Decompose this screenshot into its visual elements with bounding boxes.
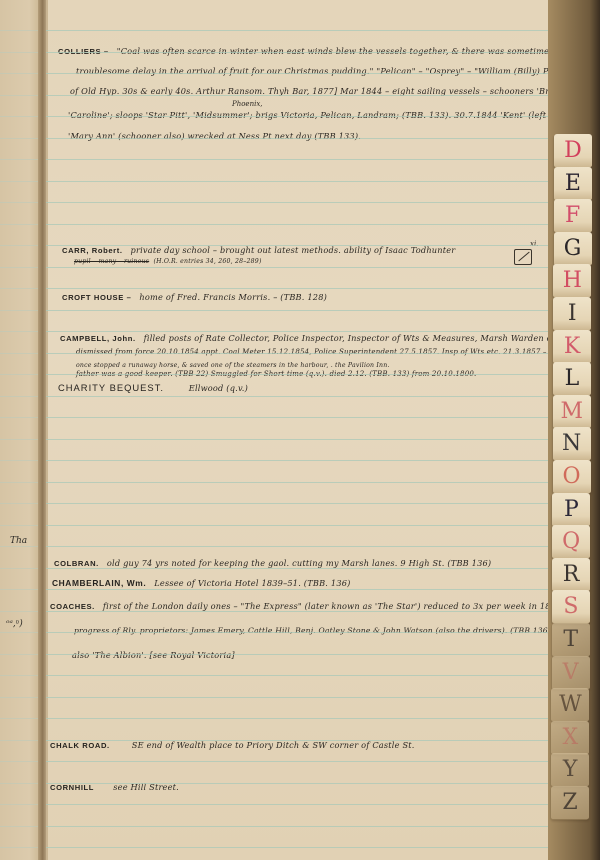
- ruled-line: [0, 116, 42, 117]
- ruled-line: [46, 546, 554, 547]
- entry-campbell-line-3: once stopped a runaway horse, & saved on…: [76, 362, 390, 369]
- ruled-line: [46, 460, 554, 461]
- ruled-line: [0, 417, 42, 418]
- headword-croft-house: CROFT HOUSE –: [62, 293, 131, 302]
- headword-cornhill: CORNHILL: [50, 783, 94, 792]
- ruled-line: [0, 697, 42, 698]
- headword-chamberlain: CHAMBERLAIN, Wm.: [52, 578, 146, 588]
- ruled-line: [46, 52, 554, 53]
- entry-chamberlain: CHAMBERLAIN, Wm.Lessee of Victoria Hotel…: [52, 578, 351, 588]
- facing-page-fragment: Tha: [10, 536, 27, 546]
- ruled-line: [0, 482, 42, 483]
- index-tab-v[interactable]: V: [552, 656, 590, 689]
- headword-carr: CARR, Robert.: [62, 246, 123, 255]
- ruled-line: [46, 675, 554, 676]
- ruled-line: [0, 826, 42, 827]
- ruled-line: [0, 439, 42, 440]
- entry-coaches-line-1: COACHES.first of the London daily ones –…: [50, 601, 600, 611]
- ruled-line: [0, 331, 42, 332]
- index-tab-e[interactable]: E: [554, 167, 592, 200]
- ruled-line: [46, 568, 554, 569]
- ruled-line: [0, 310, 42, 311]
- ruled-line: [0, 740, 42, 741]
- ruled-line: [46, 30, 554, 31]
- index-tab-f[interactable]: F: [554, 199, 592, 232]
- index-tab-g[interactable]: G: [554, 232, 592, 265]
- ruled-line: [0, 374, 42, 375]
- ruled-line: [0, 761, 42, 762]
- crossed-out-mark: [514, 249, 532, 265]
- index-tab-y[interactable]: Y: [551, 753, 589, 786]
- ruled-line: [46, 310, 554, 311]
- ruled-line: [0, 525, 42, 526]
- page-edge: [46, 0, 48, 860]
- index-tab-o[interactable]: O: [553, 460, 591, 493]
- index-tab-s[interactable]: S: [552, 590, 590, 623]
- ruled-line: [46, 331, 554, 332]
- entry-colliers-line-5: 'Mary Ann' (schooner also) wrecked at Ne…: [68, 131, 361, 141]
- ruled-line: [46, 396, 554, 397]
- ruled-line: [46, 654, 554, 655]
- headword-colbran: COLBRAN.: [54, 559, 99, 568]
- ruled-line: [46, 417, 554, 418]
- ruled-line: [46, 503, 554, 504]
- facing-page-fragment: ᵒᵃ,ᵑ): [6, 619, 23, 629]
- ruled-line: [0, 181, 42, 182]
- ruled-line: [0, 138, 42, 139]
- ruled-line: [0, 267, 42, 268]
- ruled-line: [46, 761, 554, 762]
- ruled-line: [0, 460, 42, 461]
- ruled-line: [46, 525, 554, 526]
- ruled-line: [46, 697, 554, 698]
- entry-coaches-line-3: also 'The Albion'. [see Royal Victoria]: [72, 650, 235, 660]
- ruled-line: [0, 73, 42, 74]
- ruled-line: [46, 826, 554, 827]
- ruled-line: [46, 116, 554, 117]
- ruled-line: [0, 503, 42, 504]
- ruled-line: [46, 353, 554, 354]
- ruled-line: [0, 654, 42, 655]
- ruled-line: [46, 740, 554, 741]
- index-tab-k[interactable]: K: [553, 330, 591, 363]
- index-tab-m[interactable]: M: [553, 395, 591, 428]
- entry-carr-line-2: pupil – many – ruinous (H.O.R. entries 3…: [74, 258, 262, 265]
- entry-charity-bequest: CHARITY BEQUEST. Ellwood (q.v.): [58, 382, 248, 393]
- index-tab-h[interactable]: H: [553, 264, 591, 297]
- index-tab-x[interactable]: X: [551, 721, 589, 754]
- ruled-line: [0, 632, 42, 633]
- entry-campbell-line-1: CAMPBELL, John.filled posts of Rate Coll…: [60, 333, 600, 343]
- entry-colliers-line-4: 'Caroline'; sloops 'Star Pitt', 'Midsumm…: [68, 110, 600, 120]
- ruled-line: [46, 589, 554, 590]
- index-tab-q[interactable]: Q: [552, 525, 590, 558]
- ruled-line: [0, 546, 42, 547]
- ruled-line: [46, 439, 554, 440]
- ruled-line: [0, 288, 42, 289]
- index-tab-t[interactable]: T: [552, 623, 590, 656]
- alphabet-index-tabs: DEFGHIKLMNOPQRSTVWXYZ: [548, 0, 600, 860]
- ruled-line: [46, 783, 554, 784]
- index-tab-n[interactable]: N: [553, 427, 591, 460]
- ruled-line: [46, 245, 554, 246]
- ruled-line: [46, 159, 554, 160]
- ruled-line: [0, 804, 42, 805]
- ruled-line: [46, 847, 554, 848]
- index-tab-i[interactable]: I: [553, 297, 591, 330]
- ruled-line: [0, 396, 42, 397]
- ruled-line: [0, 353, 42, 354]
- index-tab-p[interactable]: P: [552, 493, 590, 526]
- ruled-line: [46, 267, 554, 268]
- ruled-line: [46, 95, 554, 96]
- entry-campbell-line-2: dismissed from force 20.10.1854 appt. Co…: [76, 348, 584, 356]
- ruled-line: [46, 73, 554, 74]
- headword-charity-bequest: CHARITY BEQUEST.: [58, 382, 164, 393]
- ruled-line: [46, 202, 554, 203]
- ruled-line: [46, 138, 554, 139]
- ruled-line: [0, 245, 42, 246]
- entry-carr-line-1: CARR, Robert.private day school – brough…: [62, 245, 455, 255]
- annotation-phoenix: Phoenix,: [232, 100, 263, 108]
- entry-coaches-line-2: progress of Rly. proprietors: James Emer…: [74, 626, 551, 635]
- headword-campbell: CAMPBELL, John.: [60, 334, 136, 343]
- margin-note-xi: xi.: [530, 240, 538, 248]
- ruled-line: [0, 30, 42, 31]
- ruled-line: [46, 718, 554, 719]
- ruled-line: [0, 159, 42, 160]
- ruled-line: [0, 568, 42, 569]
- ruled-line: [0, 718, 42, 719]
- ruled-line: [0, 847, 42, 848]
- ruled-line: [46, 224, 554, 225]
- ruled-line: [46, 288, 554, 289]
- ruled-line: [0, 202, 42, 203]
- ruled-line: [0, 783, 42, 784]
- index-tab-l[interactable]: L: [553, 362, 591, 395]
- ruled-line: [46, 611, 554, 612]
- ruled-line: [0, 95, 42, 96]
- index-tab-w[interactable]: W: [551, 688, 589, 721]
- entry-colliers-line-1: COLLIERS –"Coal was often scarce in wint…: [58, 46, 561, 56]
- index-tab-z[interactable]: Z: [551, 786, 589, 819]
- ruled-line: [0, 675, 42, 676]
- struck-text: pupil – many – ruinous: [74, 258, 149, 265]
- headword-coaches: COACHES.: [50, 602, 95, 611]
- entry-colliers-line-2: troublesome delay in the arrival of frui…: [76, 66, 600, 76]
- ruled-line: [0, 52, 42, 53]
- ledger-page: COLLIERS –"Coal was often scarce in wint…: [46, 0, 554, 860]
- index-tab-r[interactable]: R: [552, 558, 590, 591]
- ruled-line: [46, 374, 554, 375]
- entry-colbran: COLBRAN.old guy 74 yrs noted for keeping…: [54, 558, 491, 568]
- entry-chalk-road: CHALK ROAD. SE end of Wealth place to Pr…: [50, 740, 415, 750]
- ruled-line: [0, 589, 42, 590]
- ruled-line: [46, 804, 554, 805]
- ruled-line: [0, 611, 42, 612]
- headword-chalk-road: CHALK ROAD.: [50, 741, 110, 750]
- facing-page: Thaᵒᵃ,ᵑ): [0, 0, 42, 860]
- ruled-line: [46, 482, 554, 483]
- ruled-line: [46, 181, 554, 182]
- index-tab-d[interactable]: D: [554, 134, 592, 167]
- ruled-line: [0, 224, 42, 225]
- ruled-line: [46, 632, 554, 633]
- entry-croft-house: CROFT HOUSE –home of Fred. Francis Morri…: [62, 292, 327, 302]
